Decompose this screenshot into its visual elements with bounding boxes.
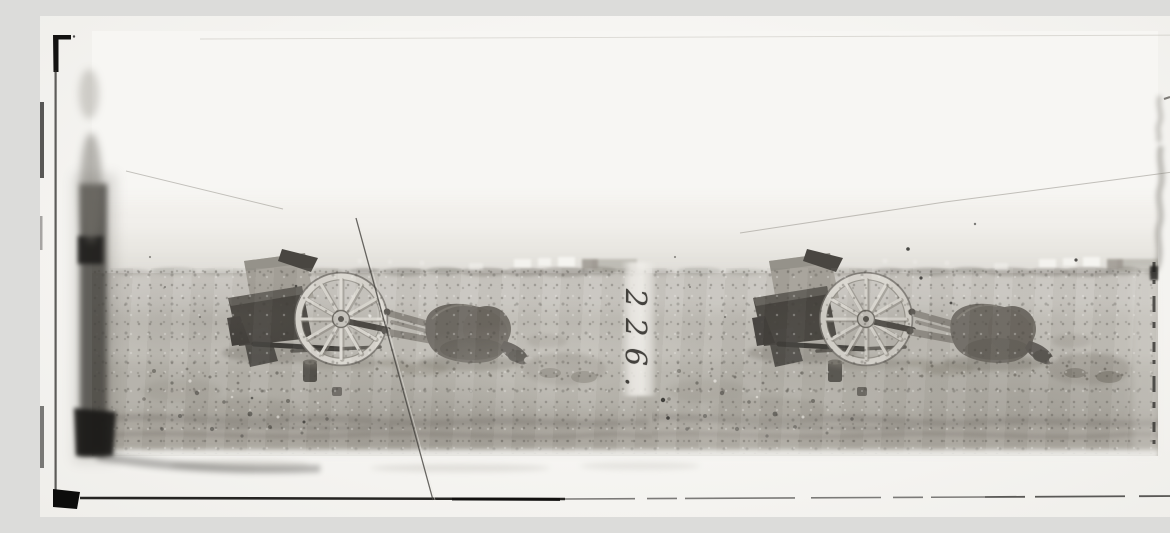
bottom-frame-line: [80, 496, 1170, 500]
left-frame-marks: [40, 35, 80, 509]
stereograph-plate: 226.: [40, 16, 1170, 517]
stereo-photo-left: [92, 31, 652, 456]
plate-number-handwritten: 226.: [619, 289, 653, 398]
stereo-photo-right: [617, 31, 1158, 456]
